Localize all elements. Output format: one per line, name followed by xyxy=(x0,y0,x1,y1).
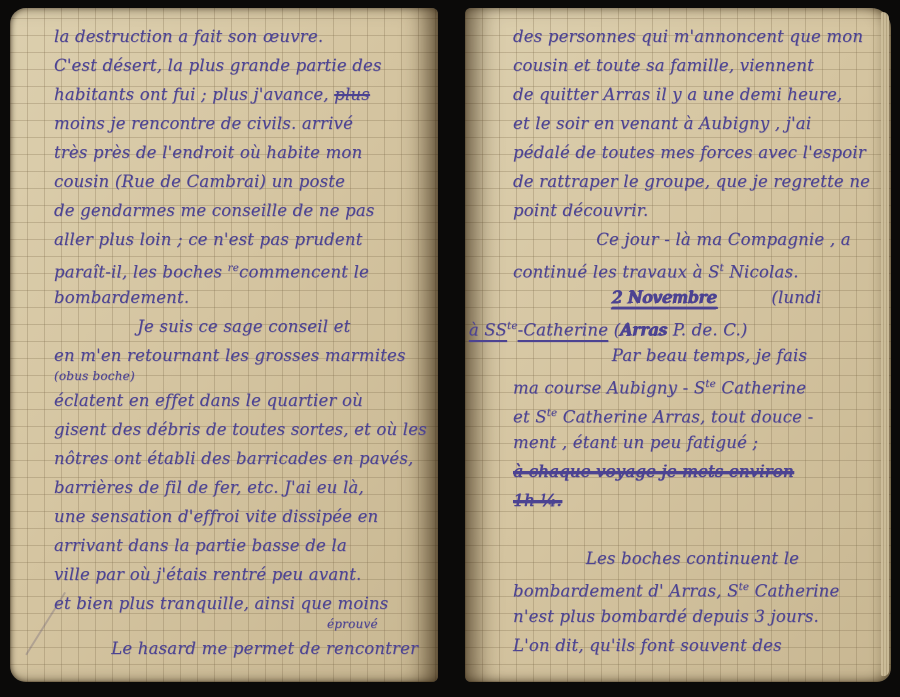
handwriting-segment xyxy=(513,520,518,539)
handwritten-line: très près de l'endroit où habite mon xyxy=(54,138,424,167)
handwriting-segment: Je suis ce sage conseil et xyxy=(137,317,350,336)
handwriting-segment: à SS xyxy=(469,321,507,340)
handwritten-line: paraît-il, les boches recommencent le xyxy=(54,254,424,283)
handwriting-segment: Les boches continuent le xyxy=(586,549,799,568)
handwriting-segment: te xyxy=(705,379,716,390)
handwritten-line: cousin (Rue de Cambrai) un poste xyxy=(54,167,424,196)
handwriting-segment: n'est plus bombardé depuis 3 jours. xyxy=(513,607,819,626)
handwriting-segment: Par beau temps, je fais xyxy=(612,346,807,365)
handwriting-segment xyxy=(717,288,771,307)
handwritten-line: continué les travaux à St Nicolas. xyxy=(513,254,875,283)
handwritten-line: nôtres ont établi des barricades en pavé… xyxy=(54,444,424,473)
handwriting-segment: habitants ont fui ; plus j'avance, xyxy=(54,85,334,104)
handwriting-segment: continué les travaux à S xyxy=(513,263,720,282)
handwritten-line: ment , étant un peu fatigué ; xyxy=(513,428,875,457)
handwritten-line: point découvrir. xyxy=(513,196,875,225)
handwriting-segment: te xyxy=(547,408,558,419)
handwriting-segment: Le hasard me permet de rencontrer xyxy=(111,639,418,658)
handwritten-line: ville par où j'étais rentré peu avant. xyxy=(54,560,424,589)
handwriting-segment: des personnes qui m'annoncent que mon xyxy=(513,27,863,46)
handwritten-line: éclatent en effet dans le quartier où xyxy=(54,386,424,415)
handwriting-segment: ment , étant un peu fatigué ; xyxy=(513,433,758,452)
handwritten-line: à chaque voyage je mets environ xyxy=(513,457,875,486)
handwriting-segment: 2 Novembre xyxy=(612,288,717,307)
handwriting-segment: de gendarmes me conseille de ne pas xyxy=(54,201,375,220)
handwriting-segment: L'on dit, qu'ils font souvent des xyxy=(513,636,782,655)
handwriting-segment: de rattraper le groupe, que je regrette … xyxy=(513,172,870,191)
notebook-right-page: des personnes qui m'annoncent que moncou… xyxy=(465,8,891,682)
handwritten-line: éprouvé xyxy=(327,618,424,634)
handwriting-segment: te xyxy=(739,582,750,593)
handwritten-line: de rattraper le groupe, que je regrette … xyxy=(513,167,875,196)
handwriting-segment: Catherine xyxy=(716,379,806,398)
handwritten-line: Le hasard me permet de rencontrer xyxy=(111,634,424,663)
handwriting-segment: très près de l'endroit où habite mon xyxy=(54,143,362,162)
handwriting-segment: (lundi xyxy=(771,288,821,307)
handwritten-line: Ce jour - là ma Compagnie , a xyxy=(596,225,875,254)
handwritten-line: (obus boche) xyxy=(54,370,424,386)
handwritten-line: Je suis ce sage conseil et xyxy=(137,312,424,341)
handwriting-segment: barrières de fil de fer, etc. J'ai eu là… xyxy=(54,478,364,497)
handwritten-line: et bien plus tranquille, ainsi que moins xyxy=(54,589,424,618)
handwriting-segment: ville par où j'étais rentré peu avant. xyxy=(54,565,361,584)
handwriting-segment: Arras xyxy=(620,321,667,340)
handwriting-segment: la destruction a fait son œuvre. xyxy=(54,27,323,46)
handwriting-segment: paraît-il, les boches xyxy=(54,263,228,282)
handwritten-line: en m'en retournant les grosses marmites xyxy=(54,341,424,370)
handwriting-segment: bombardement d' Arras, S xyxy=(513,582,739,601)
handwriting-segment: ma course Aubigny - S xyxy=(513,379,705,398)
handwritten-line: barrières de fil de fer, etc. J'ai eu là… xyxy=(54,473,424,502)
handwriting-segment: te xyxy=(507,321,518,332)
handwritten-line: bombardement d' Arras, Ste Catherine xyxy=(513,573,875,602)
handwriting-segment: 1h ¼. xyxy=(513,491,562,510)
handwriting-segment: P. de. C.) xyxy=(667,321,747,340)
handwritten-line: la destruction a fait son œuvre. xyxy=(54,22,424,51)
handwriting-segment: C'est désert, la plus grande partie des xyxy=(54,56,382,75)
handwriting-segment: cousin et toute sa famille, viennent xyxy=(513,56,814,75)
handwritten-line: ma course Aubigny - Ste Catherine xyxy=(513,370,875,399)
handwritten-line: moins je rencontre de civils. arrivé xyxy=(54,109,424,138)
handwriting-segment: gisent des débris de toutes sortes, et o… xyxy=(54,420,427,439)
handwritten-line: habitants ont fui ; plus j'avance, plus xyxy=(54,80,424,109)
handwriting-segment: éprouvé xyxy=(327,617,378,631)
handwriting-segment: (obus boche) xyxy=(54,369,135,383)
handwriting-segment: plus xyxy=(334,85,370,104)
handwritten-line: cousin et toute sa famille, viennent xyxy=(513,51,875,80)
handwritten-line: pédalé de toutes mes forces avec l'espoi… xyxy=(513,138,875,167)
handwriting-segment: Ce jour - là ma Compagnie , a xyxy=(596,230,851,249)
handwriting-segment: nôtres ont établi des barricades en pavé… xyxy=(54,449,413,468)
handwriting-segment: re xyxy=(228,263,239,274)
handwritten-line: Les boches continuent le xyxy=(586,544,875,573)
handwriting-segment: cousin (Rue de Cambrai) un poste xyxy=(54,172,345,191)
handwritten-line: à SSte-Catherine (Arras P. de. C.) xyxy=(469,312,875,341)
handwritten-line: Par beau temps, je fais xyxy=(612,341,875,370)
handwriting-segment: et bien plus tranquille, ainsi que moins xyxy=(54,594,388,613)
handwritten-line: bombardement. xyxy=(54,283,424,312)
handwriting-segment: et le soir en venant à Aubigny , j'ai xyxy=(513,114,811,133)
handwriting-segment: Nicolas. xyxy=(724,263,799,282)
handwritten-line: 1h ¼. xyxy=(513,486,875,515)
handwritten-line: une sensation d'effroi vite dissipée en xyxy=(54,502,424,531)
page-stack-edge xyxy=(881,12,889,676)
handwritten-line: 2 Novembre (lundi xyxy=(612,283,875,312)
handwritten-line: C'est désert, la plus grande partie des xyxy=(54,51,424,80)
handwritten-line: n'est plus bombardé depuis 3 jours. xyxy=(513,602,875,631)
photographed-notebook: { "notebook": { "ink_color": "#4c4392", … xyxy=(0,0,900,697)
notebook-left-page: la destruction a fait son œuvre.C'est dé… xyxy=(10,8,438,682)
handwriting-segment: de quitter Arras il y a une demi heure, xyxy=(513,85,842,104)
handwritten-line: arrivant dans la partie basse de la xyxy=(54,531,424,560)
handwritten-line: aller plus loin ; ce n'est pas prudent xyxy=(54,225,424,254)
handwritten-line: des personnes qui m'annoncent que mon xyxy=(513,22,875,51)
handwriting-segment: et S xyxy=(513,408,547,427)
handwriting-segment: bombardement. xyxy=(54,288,189,307)
handwriting-segment: ( xyxy=(608,321,620,340)
handwriting-segment: pédalé de toutes mes forces avec l'espoi… xyxy=(513,143,866,162)
handwritten-line: et le soir en venant à Aubigny , j'ai xyxy=(513,109,875,138)
handwriting-segment: moins je rencontre de civils. arrivé xyxy=(54,114,353,133)
handwritten-line: et Ste Catherine Arras, tout douce - xyxy=(513,399,875,428)
handwriting-segment: Catherine xyxy=(749,582,839,601)
handwriting-segment: une sensation d'effroi vite dissipée en xyxy=(54,507,378,526)
handwritten-line xyxy=(513,515,875,544)
handwritten-line: de quitter Arras il y a une demi heure, xyxy=(513,80,875,109)
handwriting-segment: à chaque voyage je mets environ xyxy=(513,462,794,481)
handwriting-segment: commencent le xyxy=(239,263,369,282)
handwriting-segment: -Catherine xyxy=(518,321,609,340)
handwriting-segment: arrivant dans la partie basse de la xyxy=(54,536,347,555)
handwriting-segment: aller plus loin ; ce n'est pas prudent xyxy=(54,230,363,249)
handwriting-segment: Catherine Arras, tout douce - xyxy=(557,408,813,427)
handwriting-segment: éclatent en effet dans le quartier où xyxy=(54,391,363,410)
notebook-spread: la destruction a fait son œuvre.C'est dé… xyxy=(0,0,900,697)
handwriting-segment: point découvrir. xyxy=(513,201,648,220)
handwritten-line: de gendarmes me conseille de ne pas xyxy=(54,196,424,225)
handwritten-line: gisent des débris de toutes sortes, et o… xyxy=(54,415,424,444)
handwritten-line: L'on dit, qu'ils font souvent des xyxy=(513,631,875,660)
handwriting-segment: en m'en retournant les grosses marmites xyxy=(54,346,406,365)
